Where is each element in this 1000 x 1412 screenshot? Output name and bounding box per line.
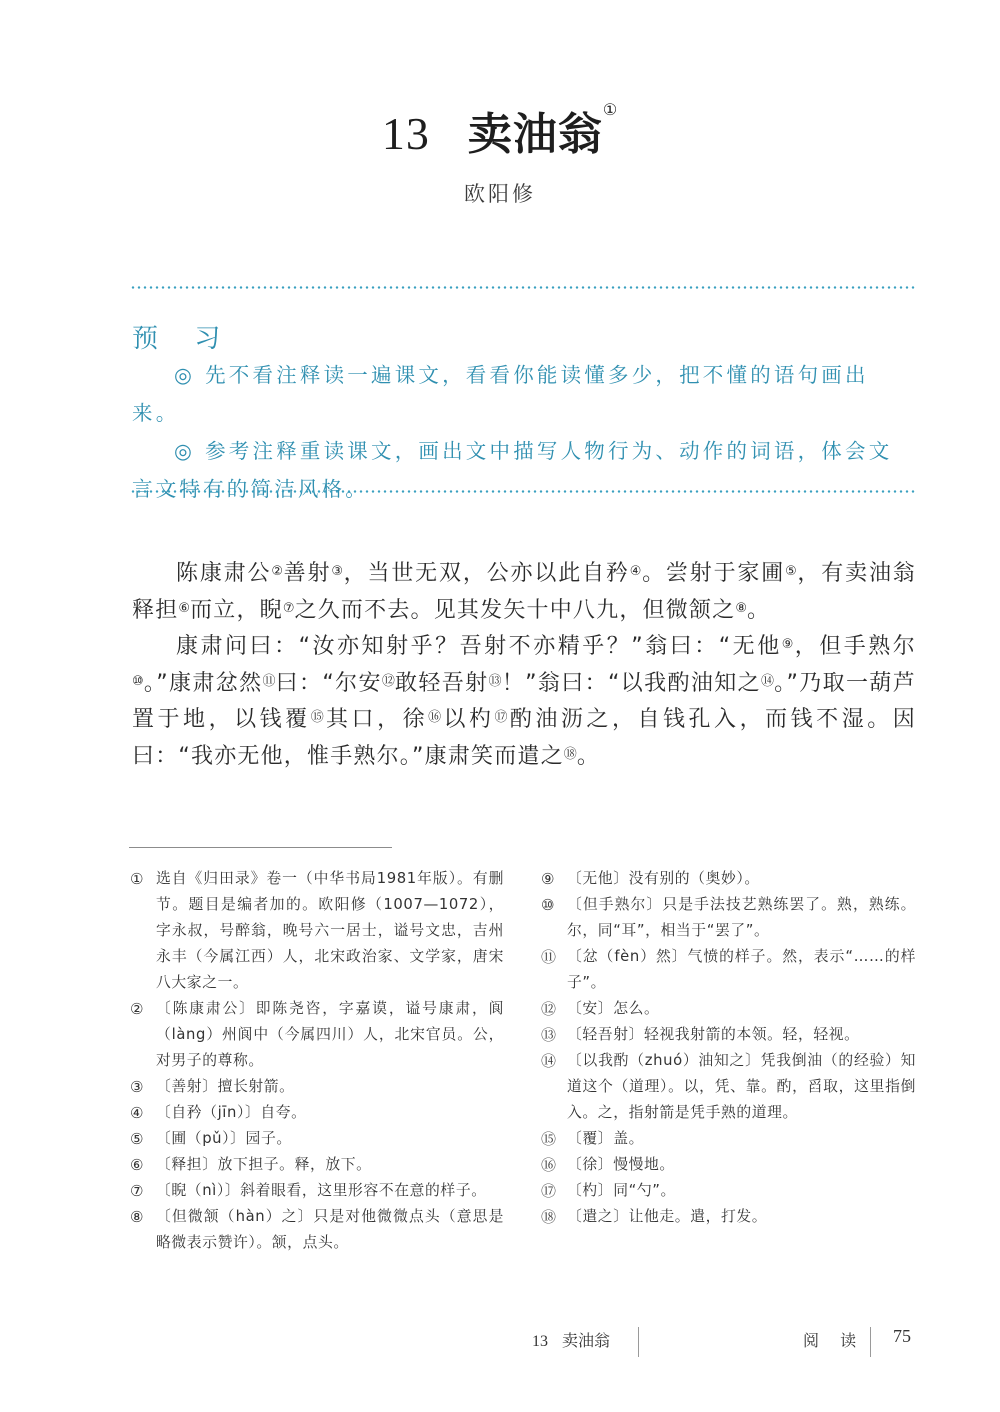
footnote-marker[interactable]: ⑪ bbox=[262, 674, 275, 689]
footnote-number: ⑨ bbox=[541, 866, 567, 892]
footnote-item: ⑤〔圃（pǔ）〕园子。 bbox=[130, 1126, 504, 1152]
footnotes-left-column: ①选自《归田录》卷一（中华书局1981年版）。有删节。题目是编者加的。欧阳修（1… bbox=[130, 866, 504, 1256]
footer-lesson: 13卖油翁 bbox=[532, 1328, 610, 1351]
footnote-item: ⑩〔但手熟尔〕只是手法技艺熟练罢了。熟，熟练。尔，同“耳”，相当于“罢了”。 bbox=[541, 892, 916, 944]
double-circle-icon: ◎ bbox=[174, 363, 195, 387]
footnote-item: ③〔善射〕擅长射箭。 bbox=[130, 1074, 504, 1100]
text-run: 敢轻吾射 bbox=[395, 671, 488, 696]
footnote-number: ② bbox=[130, 996, 156, 1074]
text-run: 其口，徐 bbox=[326, 707, 428, 732]
footnote-item: ②〔陈康肃公〕即陈尧咨，字嘉谟，谥号康肃，阆（làng）州阆中（今属四川）人，北… bbox=[130, 996, 504, 1074]
footnote-number: ⑰ bbox=[541, 1178, 567, 1204]
footnote-text: 〔释担〕放下担子。释，放下。 bbox=[156, 1152, 504, 1178]
footnotes-right-column: ⑨〔无他〕没有别的（奥妙）。⑩〔但手熟尔〕只是手法技艺熟练罢了。熟，熟练。尔，同… bbox=[541, 866, 916, 1230]
footnote-marker[interactable]: ⑨ bbox=[782, 637, 795, 652]
footnote-number: ⑥ bbox=[130, 1152, 156, 1178]
footnote-item: ⑪〔忿（fèn）然〕气愤的样子。然，表示“……的样子”。 bbox=[541, 944, 916, 996]
text-run: 。 bbox=[577, 744, 600, 769]
footnote-marker[interactable]: ⑩ bbox=[132, 674, 144, 689]
footnote-text: 〔轻吾射〕轻视我射箭的本领。轻，轻视。 bbox=[567, 1022, 916, 1048]
footnote-item: ⑫〔安〕怎么。 bbox=[541, 996, 916, 1022]
footer-separator bbox=[638, 1327, 639, 1357]
dotted-divider-bottom bbox=[130, 490, 916, 493]
footer-lesson-number: 13 bbox=[532, 1333, 548, 1350]
footnote-text: 〔睨（nì）〕斜着眼看，这里形容不在意的样子。 bbox=[156, 1178, 504, 1204]
footnote-text: 〔徐〕慢慢地。 bbox=[567, 1152, 916, 1178]
footnote-number: ⑤ bbox=[130, 1126, 156, 1152]
text-run: ！”翁曰：“以我酌油知之 bbox=[502, 671, 761, 696]
footnote-rule bbox=[129, 847, 392, 848]
text-run: 曰：“尔安 bbox=[276, 671, 382, 696]
page-number: 75 bbox=[893, 1326, 911, 1347]
footnote-marker[interactable]: ⑧ bbox=[735, 601, 747, 616]
footnote-number: ⑫ bbox=[541, 996, 567, 1022]
title-footnote-marker[interactable]: ① bbox=[603, 100, 618, 119]
footnote-item: ⑧〔但微颔（hàn）之〕只是对他微微点头（意思是略微表示赞许）。颔，点头。 bbox=[130, 1204, 504, 1256]
footnote-marker[interactable]: ④ bbox=[630, 564, 642, 579]
footer-lesson-title: 卖油翁 bbox=[562, 1331, 610, 1350]
footnote-text: 〔无他〕没有别的（奥妙）。 bbox=[567, 866, 916, 892]
footnote-number: ⑬ bbox=[541, 1022, 567, 1048]
footnote-item: ⑨〔无他〕没有别的（奥妙）。 bbox=[541, 866, 916, 892]
footnote-text: 〔圃（pǔ）〕园子。 bbox=[156, 1126, 504, 1152]
text-run: 以杓 bbox=[443, 707, 494, 732]
footnote-marker[interactable]: ⑥ bbox=[178, 601, 190, 616]
footnote-marker[interactable]: ③ bbox=[331, 564, 343, 579]
footnote-number: ⑮ bbox=[541, 1126, 567, 1152]
footnote-marker[interactable]: ⑤ bbox=[785, 564, 797, 579]
footnote-item: ⑬〔轻吾射〕轻视我射箭的本领。轻，轻视。 bbox=[541, 1022, 916, 1048]
footnote-text: 〔陈康肃公〕即陈尧咨，字嘉谟，谥号康肃，阆（làng）州阆中（今属四川）人，北宋… bbox=[156, 996, 504, 1074]
footnote-marker[interactable]: ⑭ bbox=[761, 674, 774, 689]
main-text: 陈康肃公②善射③，当世无双，公亦以此自矜④。尝射于家圃⑤，有卖油翁释担⑥而立，睨… bbox=[132, 556, 916, 775]
footer-section: 阅 读 bbox=[803, 1328, 864, 1351]
lesson-title-text: 卖油翁 bbox=[468, 109, 603, 160]
footnote-marker[interactable]: ⑦ bbox=[283, 601, 295, 616]
preview-item: ◎参考注释重读课文，画出文中描写人物行为、动作的词语，体会文言文特有的简洁风格。 bbox=[132, 432, 916, 508]
footnote-marker[interactable]: ② bbox=[271, 564, 283, 579]
footnote-item: ①选自《归田录》卷一（中华书局1981年版）。有删节。题目是编者加的。欧阳修（1… bbox=[130, 866, 504, 996]
footnote-marker[interactable]: ⑰ bbox=[495, 710, 510, 725]
footnote-item: ⑮〔覆〕盖。 bbox=[541, 1126, 916, 1152]
lesson-number: 13 bbox=[382, 108, 430, 159]
footnote-number: ⑯ bbox=[541, 1152, 567, 1178]
text-run: ，但手熟尔 bbox=[795, 634, 916, 659]
text-run: 。 bbox=[747, 598, 770, 623]
footnote-item: ⑦〔睨（nì）〕斜着眼看，这里形容不在意的样子。 bbox=[130, 1178, 504, 1204]
footnote-item: ⑰〔杓〕同“勺”。 bbox=[541, 1178, 916, 1204]
footnote-text: 〔安〕怎么。 bbox=[567, 996, 916, 1022]
footnote-number: ⑪ bbox=[541, 944, 567, 996]
text-run: 陈康肃公 bbox=[176, 561, 271, 586]
footnote-item: ⑥〔释担〕放下担子。释，放下。 bbox=[130, 1152, 504, 1178]
preview-heading: 预 习 bbox=[132, 318, 234, 355]
footnote-marker[interactable]: ⑫ bbox=[382, 674, 395, 689]
footnote-item: ⑯〔徐〕慢慢地。 bbox=[541, 1152, 916, 1178]
footnote-marker[interactable]: ⑱ bbox=[564, 747, 577, 762]
footnote-text: 〔以我酌（zhuó）油知之〕凭我倒油（的经验）知道这个（道理）。以，凭、靠。酌，… bbox=[567, 1048, 916, 1126]
footnote-number: ⑦ bbox=[130, 1178, 156, 1204]
footnote-text: 〔善射〕擅长射箭。 bbox=[156, 1074, 504, 1100]
footnote-number: ⑱ bbox=[541, 1204, 567, 1230]
footnote-text: 〔忿（fèn）然〕气愤的样子。然，表示“……的样子”。 bbox=[567, 944, 916, 996]
footnote-number: ⑧ bbox=[130, 1204, 156, 1256]
author: 欧阳修 bbox=[0, 178, 1000, 208]
text-run: ，当世无双，公亦以此自矜 bbox=[344, 561, 630, 586]
footnote-marker[interactable]: ⑬ bbox=[489, 674, 502, 689]
lesson-title: 13卖油翁① bbox=[0, 98, 1000, 162]
double-circle-icon: ◎ bbox=[174, 439, 195, 463]
text-run: 之久而不去。见其发矢十中八九，但微颔之 bbox=[295, 598, 736, 623]
footnote-number: ④ bbox=[130, 1100, 156, 1126]
footnote-number: ① bbox=[130, 866, 156, 996]
footnote-text: 〔但手熟尔〕只是手法技艺熟练罢了。熟，熟练。尔，同“耳”，相当于“罢了”。 bbox=[567, 892, 916, 944]
text-run: 善射 bbox=[284, 561, 332, 586]
footnote-number: ③ bbox=[130, 1074, 156, 1100]
text-run: 而立，睨 bbox=[190, 598, 283, 623]
paragraph-1: 陈康肃公②善射③，当世无双，公亦以此自矜④。尝射于家圃⑤，有卖油翁释担⑥而立，睨… bbox=[132, 556, 916, 629]
footnote-item: ⑭〔以我酌（zhuó）油知之〕凭我倒油（的经验）知道这个（道理）。以，凭、靠。酌… bbox=[541, 1048, 916, 1126]
footnote-text: 〔杓〕同“勺”。 bbox=[567, 1178, 916, 1204]
text-run: 。”康肃忿然 bbox=[144, 671, 263, 696]
footnote-text: 〔但微颔（hàn）之〕只是对他微微点头（意思是略微表示赞许）。颔，点头。 bbox=[156, 1204, 504, 1256]
preview-item: ◎先不看注释读一遍课文，看看你能读懂多少，把不懂的语句画出来。 bbox=[132, 356, 916, 432]
footnote-number: ⑩ bbox=[541, 892, 567, 944]
footnote-text: 选自《归田录》卷一（中华书局1981年版）。有删节。题目是编者加的。欧阳修（10… bbox=[156, 866, 504, 996]
footnote-marker[interactable]: ⑮ bbox=[311, 710, 326, 725]
text-run: 康肃问曰：“汝亦知射乎？吾射不亦精乎？”翁曰：“无他 bbox=[176, 634, 782, 659]
footnote-item: ④〔自矜（jīn）〕自夸。 bbox=[130, 1100, 504, 1126]
footer-separator bbox=[870, 1327, 871, 1357]
footnote-marker[interactable]: ⑯ bbox=[428, 710, 443, 725]
paragraph-2: 康肃问曰：“汝亦知射乎？吾射不亦精乎？”翁曰：“无他⑨，但手熟尔⑩。”康肃忿然⑪… bbox=[132, 629, 916, 775]
footnote-number: ⑭ bbox=[541, 1048, 567, 1126]
footnote-text: 〔覆〕盖。 bbox=[567, 1126, 916, 1152]
preview-section: ◎先不看注释读一遍课文，看看你能读懂多少，把不懂的语句画出来。 ◎参考注释重读课… bbox=[132, 356, 916, 508]
dotted-divider-top bbox=[130, 286, 916, 289]
text-run: 。尝射于家圃 bbox=[642, 561, 785, 586]
footnote-text: 〔自矜（jīn）〕自夸。 bbox=[156, 1100, 504, 1126]
footnote-text: 〔遣之〕让他走。遣，打发。 bbox=[567, 1204, 916, 1230]
footnote-item: ⑱〔遣之〕让他走。遣，打发。 bbox=[541, 1204, 916, 1230]
